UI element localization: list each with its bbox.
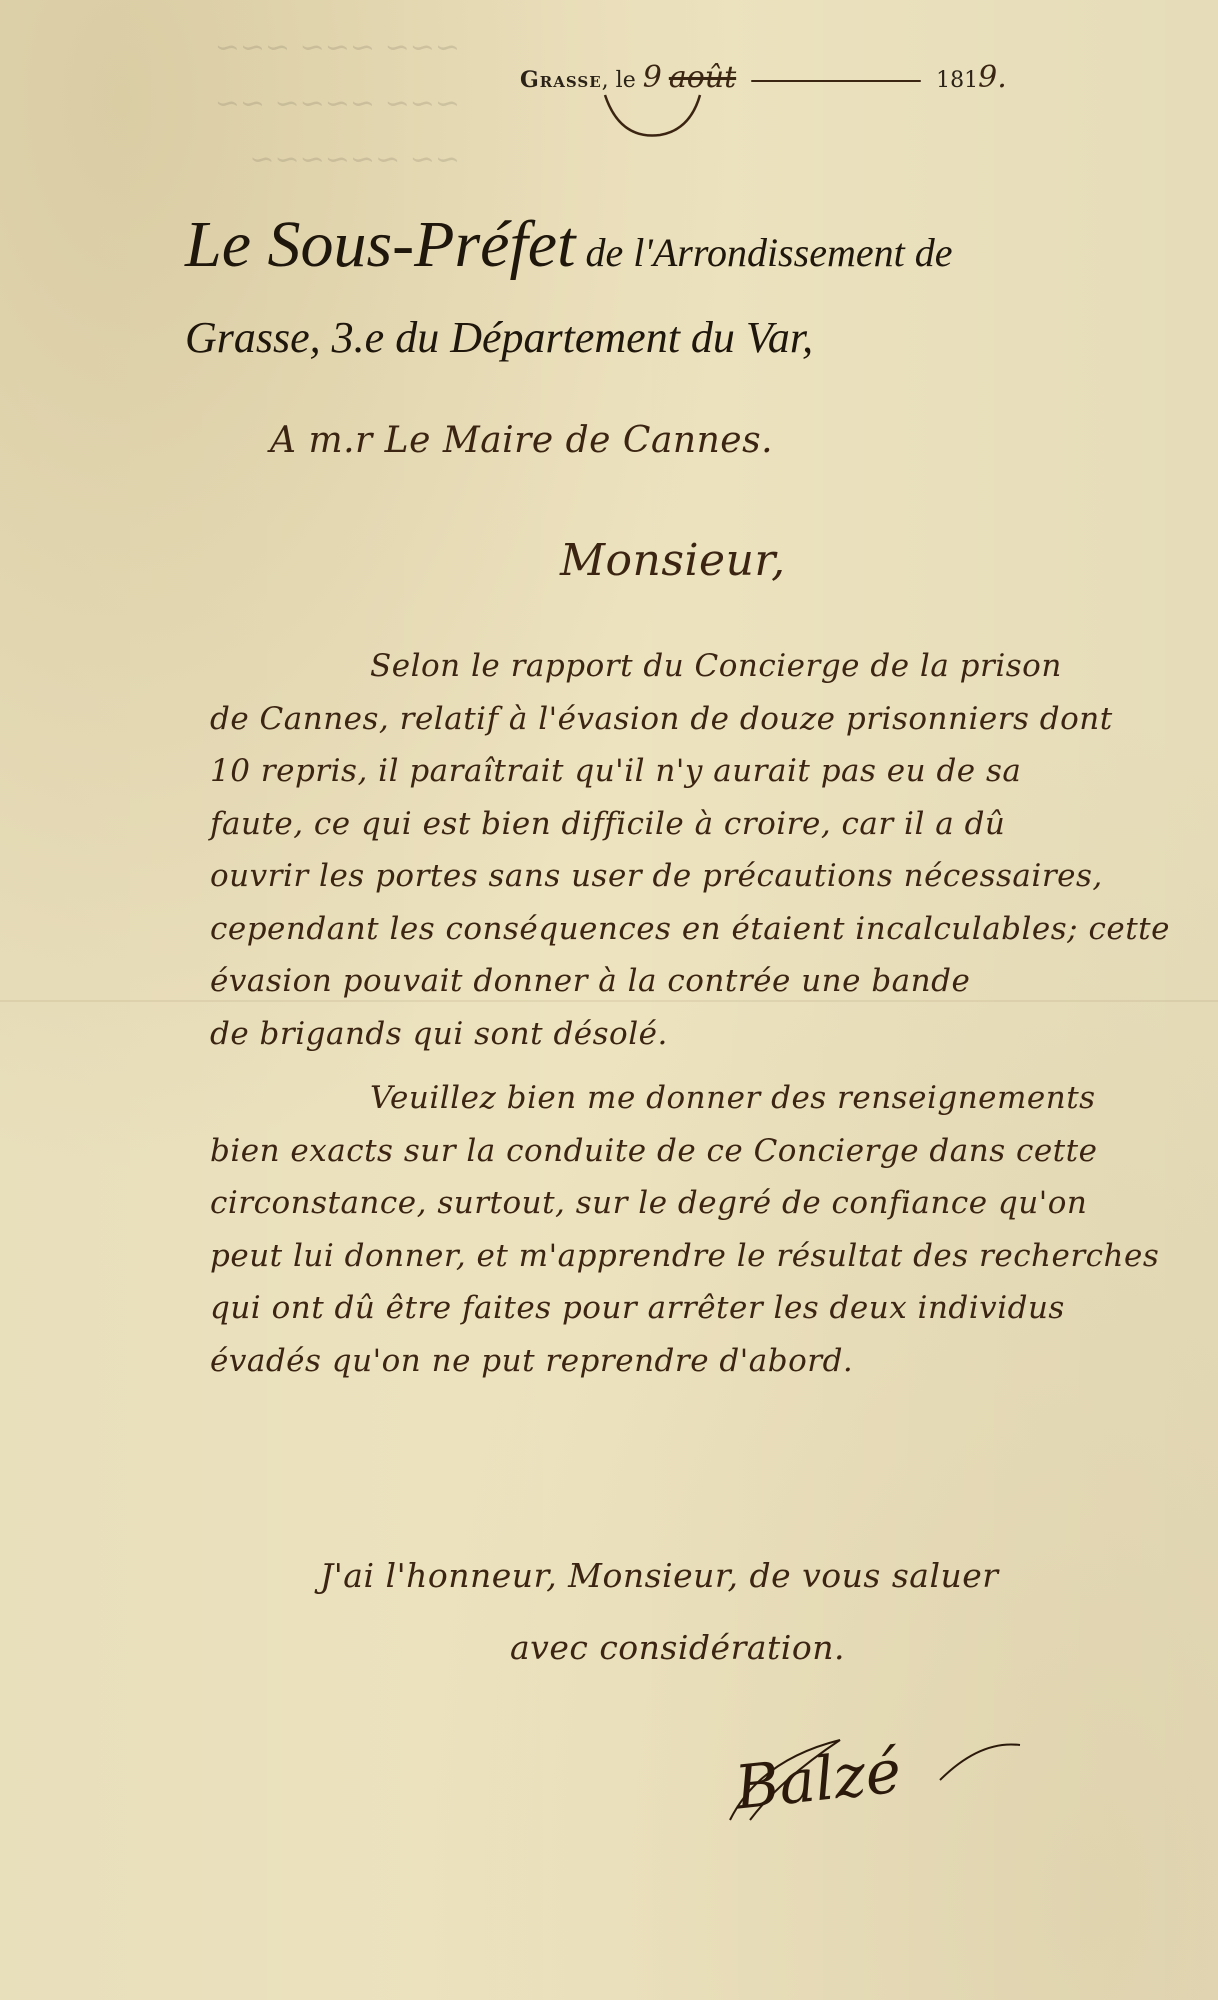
dateline-month: août (669, 60, 736, 95)
dateline-le: , le (602, 68, 636, 93)
letterhead: Le Sous-Préfet de l'Arrondissement de Gr… (185, 200, 1145, 378)
letter-body: Selon le rapport du Concierge de la pris… (210, 640, 1200, 1387)
salutation: Monsieur, (560, 535, 786, 586)
body-line: peut lui donner, et m'apprendre le résul… (210, 1230, 1200, 1283)
letterhead-title: Le Sous-Préfet (185, 208, 575, 281)
dateline-day: 9 (643, 60, 662, 95)
body-line: Veuillez bien me donner des renseignemen… (210, 1072, 1200, 1125)
body-line: de brigands qui sont désolé. (210, 1008, 1200, 1061)
dateline-dash (751, 80, 921, 82)
letterhead-line-1: Le Sous-Préfet de l'Arrondissement de (185, 200, 1145, 298)
addressee: A m.r Le Maire de Cannes. (270, 420, 773, 461)
closing-line-1: J'ai l'honneur, Monsieur, de vous saluer (320, 1540, 1120, 1612)
signature: Balzé (732, 1737, 905, 1824)
body-line: qui ont dû être faites pour arrêter les … (210, 1282, 1200, 1335)
letter-page: ~~~ ~~~ ~~~~~~ ~~~~ ~~~~ ~~~~~~ Grasse, … (0, 0, 1218, 2000)
closing-line-2: avec considération. (320, 1612, 1120, 1684)
dateline-place: Grasse (520, 67, 602, 93)
dateline-year-hand: 9. (978, 60, 1007, 95)
dateline: Grasse, le 9 août 1819. (520, 60, 1007, 95)
body-line: cependant les conséquences en étaient in… (210, 903, 1200, 956)
date-flourish (600, 90, 900, 150)
body-line: bien exacts sur la conduite de ce Concie… (210, 1125, 1200, 1178)
body-line: évadés qu'on ne put reprendre d'abord. (210, 1335, 1200, 1388)
body-line: évasion pouvait donner à la contrée une … (210, 955, 1200, 1008)
body-line: ouvrir les portes sans user de précautio… (210, 850, 1200, 903)
bleed-through-text: ~~~ ~~~ ~~~~~~ ~~~~ ~~~~ ~~~~~~ (40, 20, 460, 180)
body-line: circonstance, surtout, sur le degré de c… (210, 1177, 1200, 1230)
letterhead-rest: de l'Arrondissement de (575, 230, 952, 275)
dateline-year-printed: 181 (936, 68, 978, 93)
body-line: Selon le rapport du Concierge de la pris… (210, 640, 1200, 693)
body-line: de Cannes, relatif à l'évasion de douze … (210, 693, 1200, 746)
body-line: 10 repris, il paraîtrait qu'il n'y aurai… (210, 745, 1200, 798)
body-line: faute, ce qui est bien difficile à croir… (210, 798, 1200, 851)
letterhead-line-2: Grasse, 3.e du Département du Var, (185, 298, 1145, 378)
closing: J'ai l'honneur, Monsieur, de vous saluer… (320, 1540, 1120, 1684)
